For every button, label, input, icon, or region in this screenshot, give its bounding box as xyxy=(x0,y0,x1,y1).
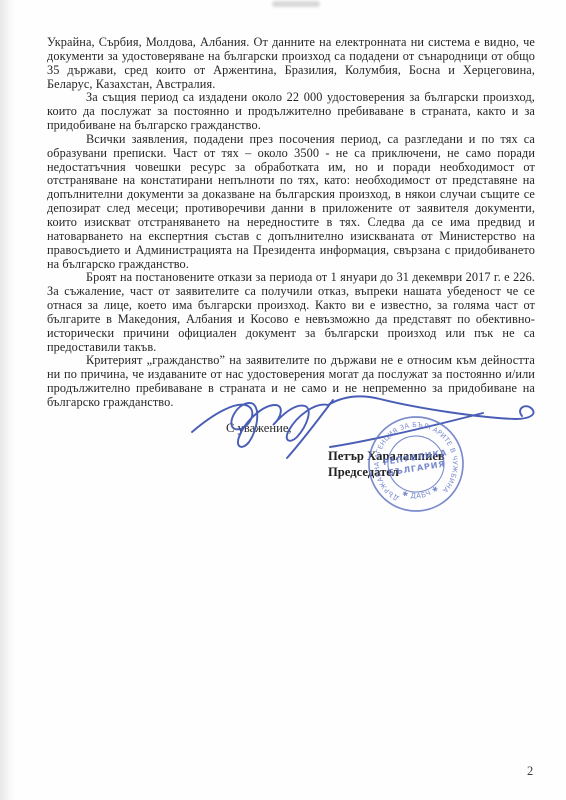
paragraph-certificates: За същия период са издадени около 22 000… xyxy=(47,91,535,133)
stamp-abbrev-text: ✱ ДАБЧ ✱ xyxy=(400,484,442,503)
page-number: 2 xyxy=(527,764,533,779)
scanned-letter-page: Украйна, Сърбия, Молдова, Албания. От да… xyxy=(0,0,566,800)
paragraph-countries: Украйна, Сърбия, Молдова, Албания. От да… xyxy=(47,36,535,91)
scan-artifact xyxy=(272,1,320,7)
letter-body: Украйна, Сърбия, Молдова, Албания. От да… xyxy=(47,36,535,410)
scan-edge-shadow xyxy=(0,0,15,800)
paragraph-refusals: Броят на постановените откази за периода… xyxy=(47,271,535,354)
official-round-stamp: ДЪРЖАВНА АГЕНЦИЯ ЗА БЪЛГАРИТЕ В ЧУЖБИНА … xyxy=(347,395,484,532)
paragraph-applications: Всички заявления, подадени през посочени… xyxy=(47,133,535,271)
